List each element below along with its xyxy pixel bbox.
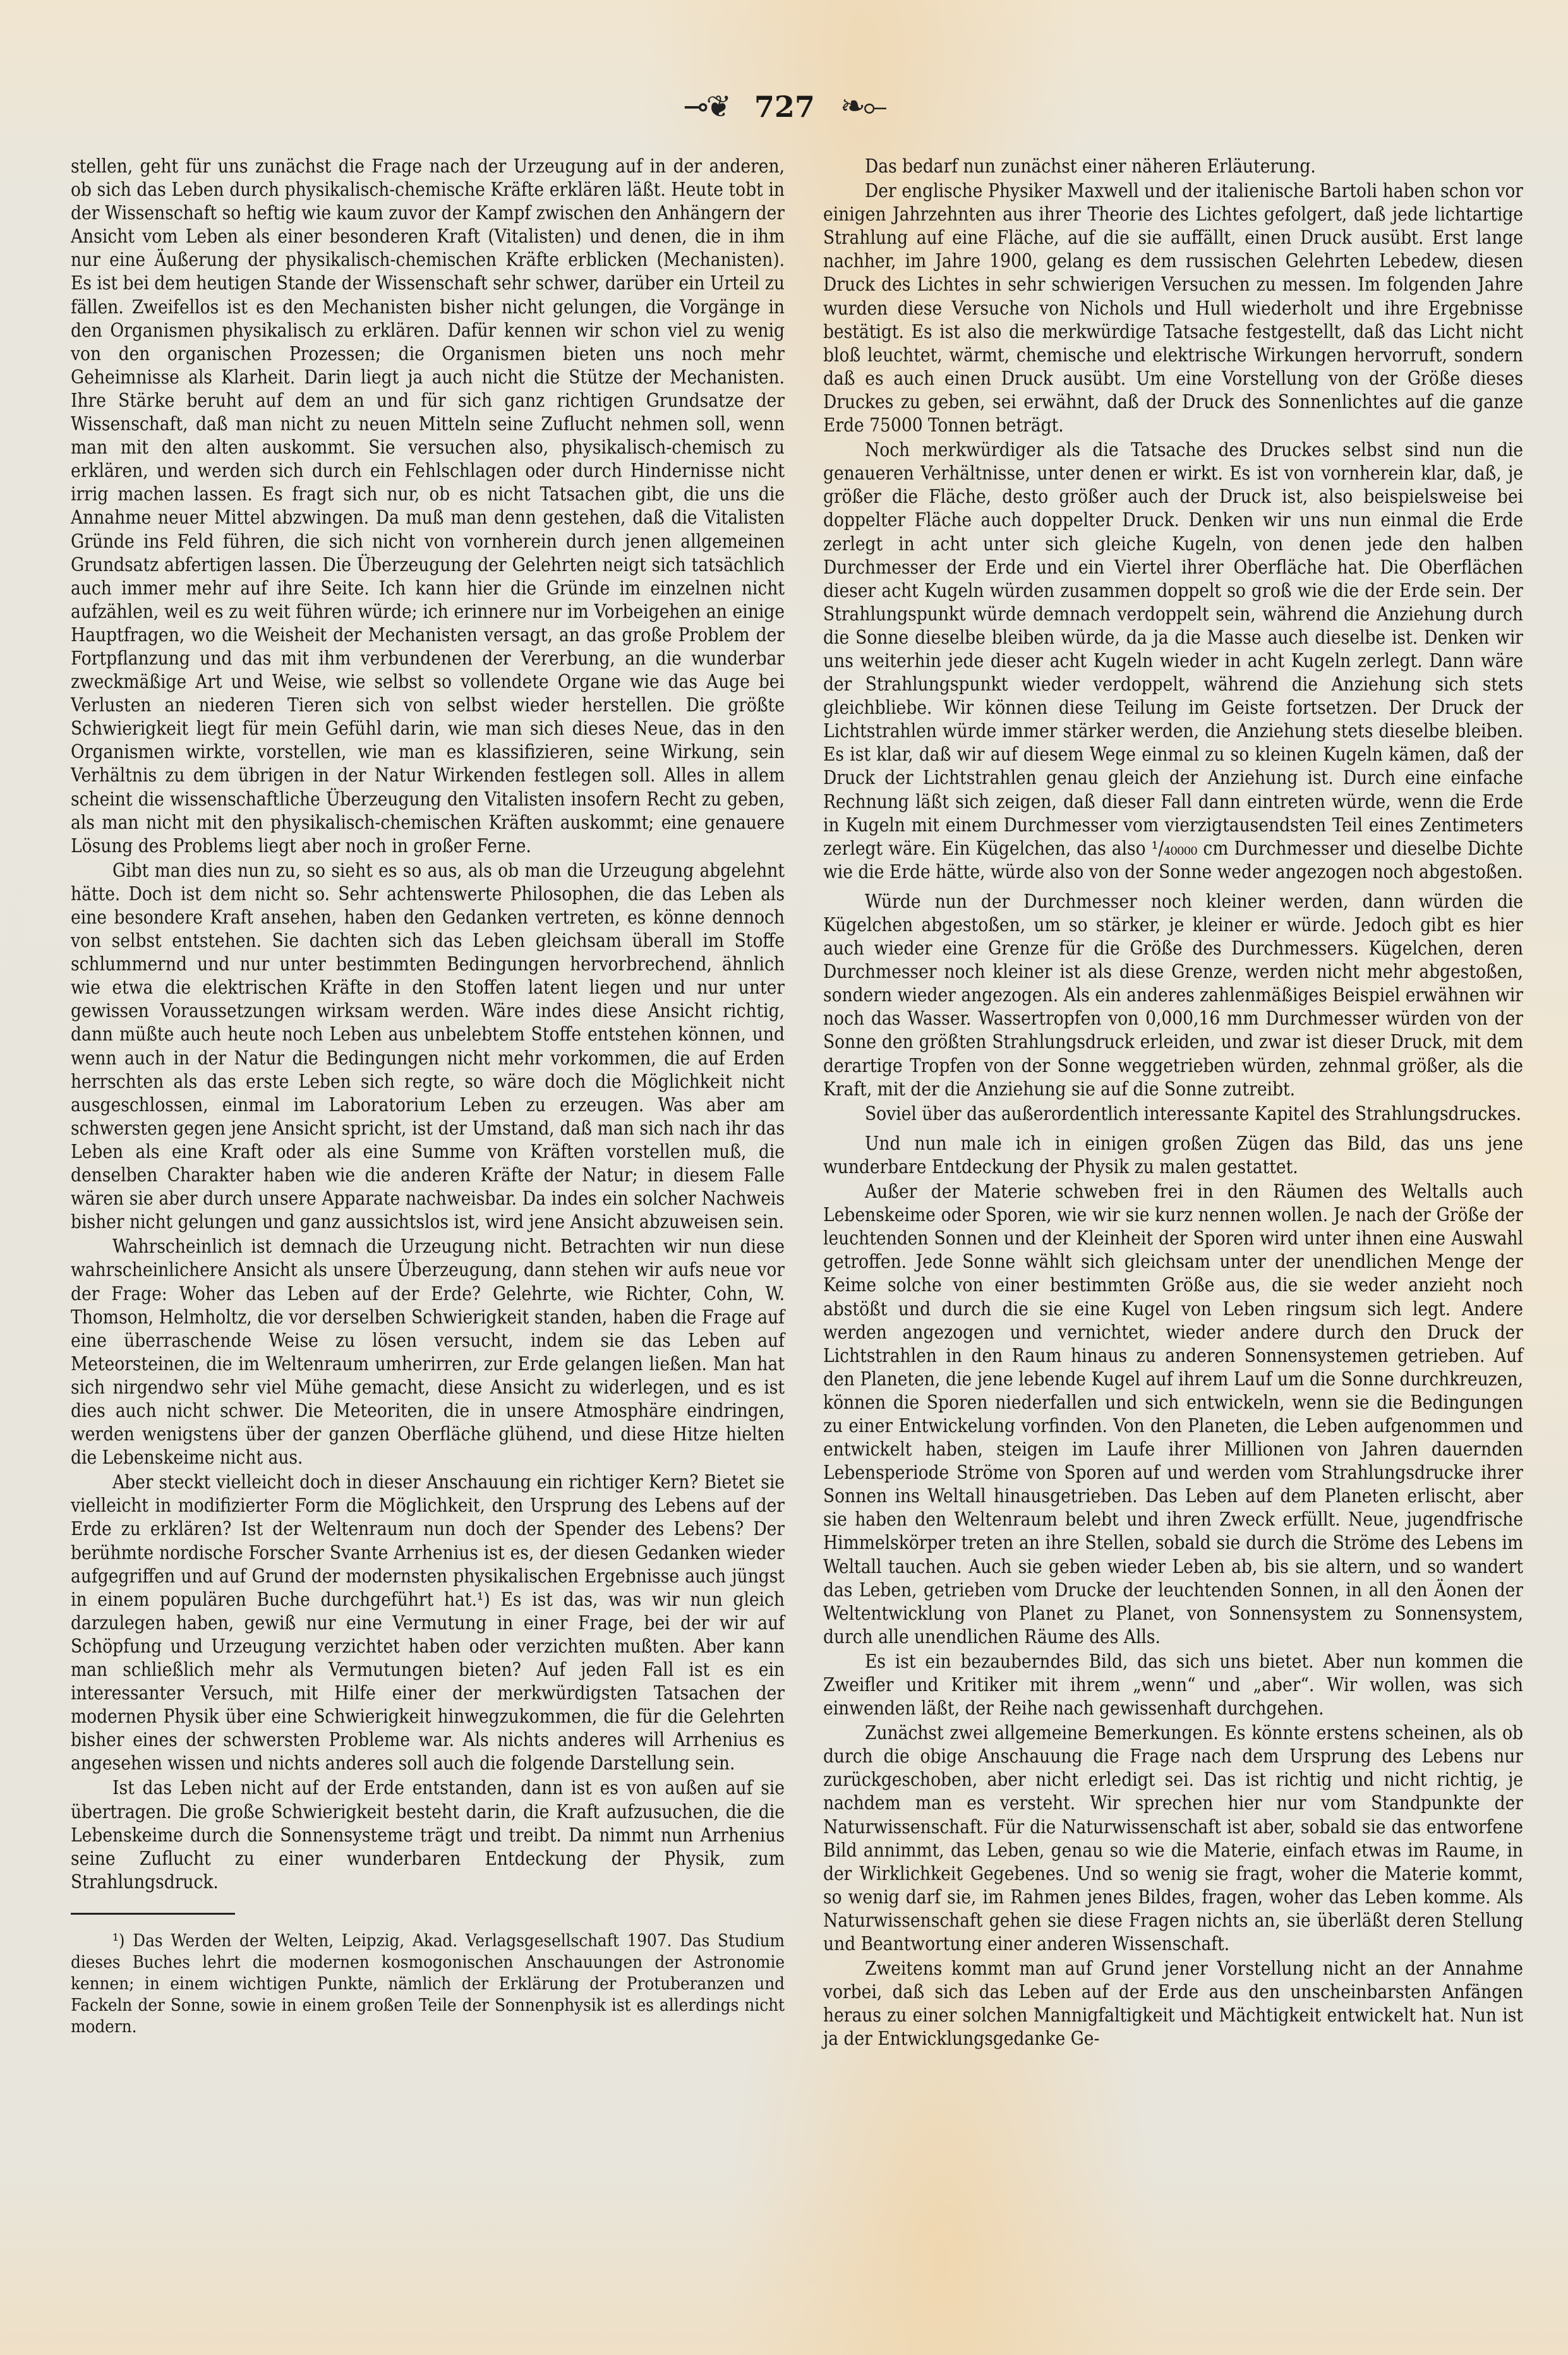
- footnote-text: ¹) Das Werden der Welten, Leipzig, Akad.…: [71, 1930, 785, 2037]
- left-column: stellen, geht für uns zunächst die Frage…: [71, 155, 785, 2037]
- right-column: Das bedarf nun zunächst einer näheren Er…: [823, 155, 1523, 2051]
- paragraph: Ist das Leben nicht auf der Erde entstan…: [71, 1776, 785, 1893]
- page-header: ⊸❦ 727 ❧⟜: [0, 88, 1568, 124]
- footnote: ¹) Das Werden der Welten, Leipzig, Akad.…: [71, 1930, 785, 2037]
- paragraph: stellen, geht für uns zunächst die Frage…: [71, 155, 785, 858]
- paragraph: Zunächst zwei allgemeine Bemerkungen. Es…: [823, 1721, 1523, 1956]
- ornament-right-icon: ❧⟜: [840, 88, 885, 124]
- paragraph: Außer der Materie schweben frei in den R…: [823, 1180, 1523, 1649]
- paragraph: Zweitens kommt man auf Grund jener Vorst…: [823, 1957, 1523, 2051]
- paragraph: Würde nun der Durchmesser noch kleiner w…: [823, 890, 1523, 1101]
- paragraph: Wahrscheinlich ist demnach die Urzeugung…: [71, 1235, 785, 1469]
- paragraph: Es ist ein bezauberndes Bild, das sich u…: [823, 1650, 1523, 1720]
- paragraph: Aber steckt vielleicht doch in dieser An…: [71, 1471, 785, 1775]
- ornament-left-icon: ⊸❦: [683, 89, 728, 124]
- paragraph: Soviel über das außerordentlich interess…: [823, 1102, 1523, 1126]
- paragraph: Noch merkwürdiger als die Tatsache des D…: [823, 438, 1523, 884]
- paragraph: Der englische Physiker Maxwell und der i…: [823, 179, 1523, 437]
- footnote-divider: [71, 1913, 235, 1915]
- paragraph: Gibt man dies nun zu, so sieht es so aus…: [71, 859, 785, 1234]
- paragraph: Das bedarf nun zunächst einer näheren Er…: [823, 155, 1523, 178]
- paragraph: Und nun male ich in einigen großen Zügen…: [823, 1132, 1523, 1179]
- page-number: 727: [754, 90, 815, 124]
